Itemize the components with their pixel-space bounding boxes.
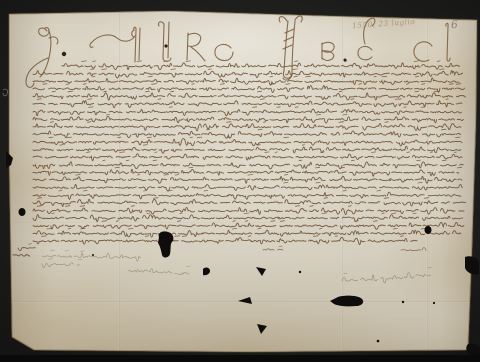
photo-backdrop: 1550, 23 luglio 6 [0, 0, 480, 362]
parchment-shading [440, 0, 480, 362]
horizontal-fold-crease [10, 222, 470, 224]
edge-chalk-mark [3, 89, 8, 96]
parchment-shading [0, 252, 480, 362]
pencil-archival-number: 6 [450, 19, 458, 32]
parchment-shading [0, 0, 55, 362]
horizontal-fold-crease [10, 301, 470, 303]
parchment-document [0, 0, 480, 362]
photo-bottom-border [0, 355, 480, 362]
